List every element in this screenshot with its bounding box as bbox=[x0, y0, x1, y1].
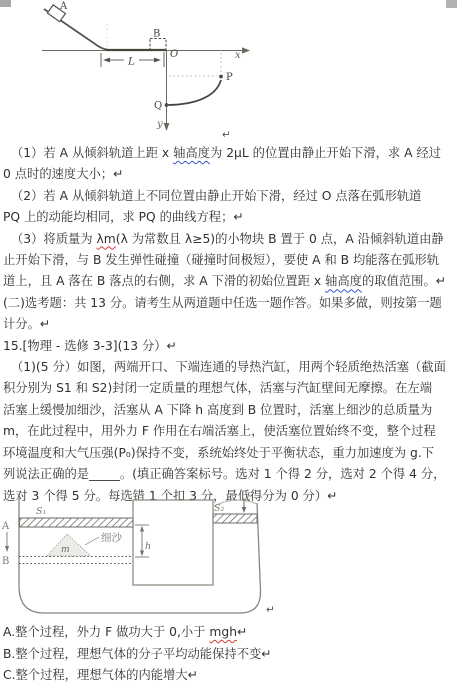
block-a-label: A bbox=[59, 1, 68, 12]
text-line: （2）若 A 从倾斜轨道上不同位置由静止开始下滑，经过 O 点落在弧形轨道 bbox=[3, 186, 456, 207]
text-segment: 的取值范围。↵ bbox=[362, 274, 446, 288]
text-segment: ↵ bbox=[237, 625, 247, 639]
origin-label: O bbox=[170, 49, 178, 60]
position-b-label: B bbox=[2, 556, 9, 567]
force-f-arrowhead bbox=[242, 507, 246, 513]
text-segment: 列说法正确的是_____。(填正确答案标号。选对 1 个得 2 分，选对 2 个… bbox=[3, 467, 445, 481]
sand-mass-label: m bbox=[61, 545, 70, 555]
text-segment: （2）若 A 从倾斜轨道上不同位置由静止开始下滑，经过 O 点落在弧形轨道 bbox=[11, 189, 421, 203]
text-segment: 0 点时的速度大小；↵ bbox=[3, 167, 123, 181]
text-segment: 止开始下滑，与 B 发生弹性碰撞（碰撞时间极短），要使 A 和 B 均能落在弧形… bbox=[3, 253, 439, 267]
spellcheck-marked-text: 轴高度 bbox=[173, 146, 210, 160]
text-segment: （1）若 A 从倾斜轨道上距 x bbox=[11, 146, 173, 160]
figure-cylinder-diagram: S₁ S₂ F A B m 细沙 h ↵ bbox=[0, 490, 300, 622]
x-axis-label: x bbox=[235, 50, 241, 61]
text-segment: 活塞上缓慢加细沙，活塞从 A 下降 h 高度到 B 位置时，活塞上细沙的总质量为 bbox=[3, 403, 432, 417]
paragraph-mark: ↵ bbox=[222, 129, 231, 141]
text-line: A.整个过程，外力 F 做功大于 0,小于 mgh↵ bbox=[3, 622, 456, 644]
text-line: B.整个过程，理想气体的分子平均动能保持不变↵ bbox=[3, 644, 456, 666]
l-arrow-right-head bbox=[154, 58, 161, 63]
text-line: （1)(5 分）如图，两端开口、下端连通的导热汽缸，用两个轻质绝热活塞（截面 bbox=[3, 357, 456, 378]
text-segment: 15.[物理 - 选修 3-3](13 分）↵ bbox=[3, 339, 177, 353]
point-p-label: P bbox=[226, 72, 233, 83]
y-axis-arrowhead bbox=[164, 123, 170, 131]
position-a-label: A bbox=[1, 521, 10, 532]
text-segment: A.整个过程，外力 F 做功大于 0,小于 bbox=[3, 625, 209, 639]
text-line: 环境温度和大气压强(P₀)保持不变，系统始终处于平衡状态，重力加速度为 g.下 bbox=[3, 443, 456, 464]
point-q-dot bbox=[165, 103, 169, 107]
text-segment: 环境温度和大气压强(P₀)保持不变，系统始终处于平衡状态，重力加速度为 g.下 bbox=[3, 446, 434, 460]
point-q-label: Q bbox=[154, 101, 162, 112]
text-line: 止开始下滑，与 B 发生弹性碰撞（碰撞时间极短），要使 A 和 B 均能落在弧形… bbox=[3, 250, 456, 271]
text-line: 道上，且 A 落在 B 落点的右侧，求 A 下滑的初始位置距 x 轴高度的取值范… bbox=[3, 271, 456, 292]
arc-track-pq bbox=[168, 80, 221, 105]
text-segment: 积分别为 S1 和 S2)封闭一定质量的理想气体，活塞与汽缸壁间无摩擦。在左端 bbox=[3, 381, 432, 395]
problem-text-block: （1）若 A 从倾斜轨道上距 x 轴高度为 2μL 的位置由静止开始下滑，求 A… bbox=[3, 143, 456, 507]
x-axis-arrowhead bbox=[242, 47, 250, 53]
length-label: L bbox=[127, 56, 135, 68]
text-line: m，在此过程中，用外力 F 作用在右端活塞上，使活塞位置始终不变，整个过程 bbox=[3, 421, 456, 442]
text-segment: B.整个过程，理想气体的分子平均动能保持不变↵ bbox=[3, 647, 272, 661]
point-p-dot bbox=[219, 75, 223, 79]
text-segment: m，在此过程中，用外力 F 作用在右端活塞上，使活塞位置始终不变，整个过程 bbox=[3, 424, 436, 438]
text-segment: PQ 上的动能均相同，求 PQ 的曲线方程；↵ bbox=[3, 210, 244, 224]
spellcheck-marked-text: mgh bbox=[209, 625, 237, 639]
h-label: h bbox=[145, 541, 151, 552]
force-f-label: F bbox=[245, 492, 254, 503]
piston-s1 bbox=[20, 518, 134, 527]
text-line: 计分。↵ bbox=[3, 314, 456, 335]
text-segment: (二)选考题：共 13 分。请考生从两道题中任选一题作答。如果多做，则按第一题 bbox=[3, 296, 442, 310]
text-segment: （3）将质量为 bbox=[11, 232, 97, 246]
a-to-b-arrowhead bbox=[5, 546, 9, 552]
text-segment: 计分。↵ bbox=[3, 317, 50, 331]
text-segment: （1)(5 分）如图，两端开口、下端连通的导热汽缸，用两个轻质绝热活塞（截面 bbox=[11, 360, 446, 374]
text-line: PQ 上的动能均相同，求 PQ 的曲线方程；↵ bbox=[3, 207, 456, 228]
s2-label: S₂ bbox=[214, 503, 225, 514]
text-segment: 为 2μL 的位置由静止开始下滑，求 A 经过 bbox=[210, 146, 441, 160]
text-line: （1）若 A 从倾斜轨道上距 x 轴高度为 2μL 的位置由静止开始下滑，求 A… bbox=[3, 143, 456, 164]
spellcheck-marked-text: 轴高度 bbox=[325, 274, 362, 288]
y-axis-label: y bbox=[156, 119, 163, 130]
text-segment: C.整个过程，理想气体的内能增大↵ bbox=[3, 668, 198, 682]
text-line: (二)选考题：共 13 分。请考生从两道题中任选一题作答。如果多做，则按第一题 bbox=[3, 293, 456, 314]
text-line: 积分别为 S1 和 S2)封闭一定质量的理想气体，活塞与汽缸壁间无摩擦。在左端 bbox=[3, 378, 456, 399]
block-b bbox=[150, 39, 166, 51]
sand-leader-line bbox=[85, 537, 99, 545]
sand-label: 细沙 bbox=[101, 531, 122, 544]
text-line: C.整个过程，理想气体的内能增大↵ bbox=[3, 665, 456, 687]
s1-label: S₁ bbox=[36, 506, 46, 517]
answer-options-block: A.整个过程，外力 F 做功大于 0,小于 mgh↵B.整个过程，理想气体的分子… bbox=[3, 622, 456, 687]
spellcheck-marked-text: λm bbox=[97, 232, 116, 246]
text-segment: 道上，且 A 落在 B 落点的右侧，求 A 下滑的初始位置距 x bbox=[3, 274, 325, 288]
piston-s2 bbox=[213, 514, 257, 523]
block-b-label: B bbox=[153, 29, 160, 40]
figure-projectile-diagram: A B L O x y P Q ↵ bbox=[0, 0, 457, 142]
paragraph-mark: ↵ bbox=[266, 604, 275, 616]
exam-document-page: A B L O x y P Q ↵ （1）若 A 从倾斜轨道上距 x 轴高度为 … bbox=[0, 0, 457, 688]
text-line: 列说法正确的是_____。(填正确答案标号。选对 1 个得 2 分，选对 2 个… bbox=[3, 464, 456, 485]
text-line: （3）将质量为 λm(λ 为常数且 λ≥5)的小物块 B 置于 0 点，A 沿倾… bbox=[3, 229, 456, 250]
text-line: 15.[物理 - 选修 3-3](13 分）↵ bbox=[3, 336, 456, 357]
text-line: 0 点时的速度大小；↵ bbox=[3, 164, 456, 185]
text-segment: (λ 为常数且 λ≥5)的小物块 B 置于 0 点，A 沿倾斜轨道由静 bbox=[116, 232, 444, 246]
l-arrow-left-head bbox=[103, 58, 110, 63]
text-line: 活塞上缓慢加细沙，活塞从 A 下降 h 高度到 B 位置时，活塞上细沙的总质量为 bbox=[3, 400, 456, 421]
